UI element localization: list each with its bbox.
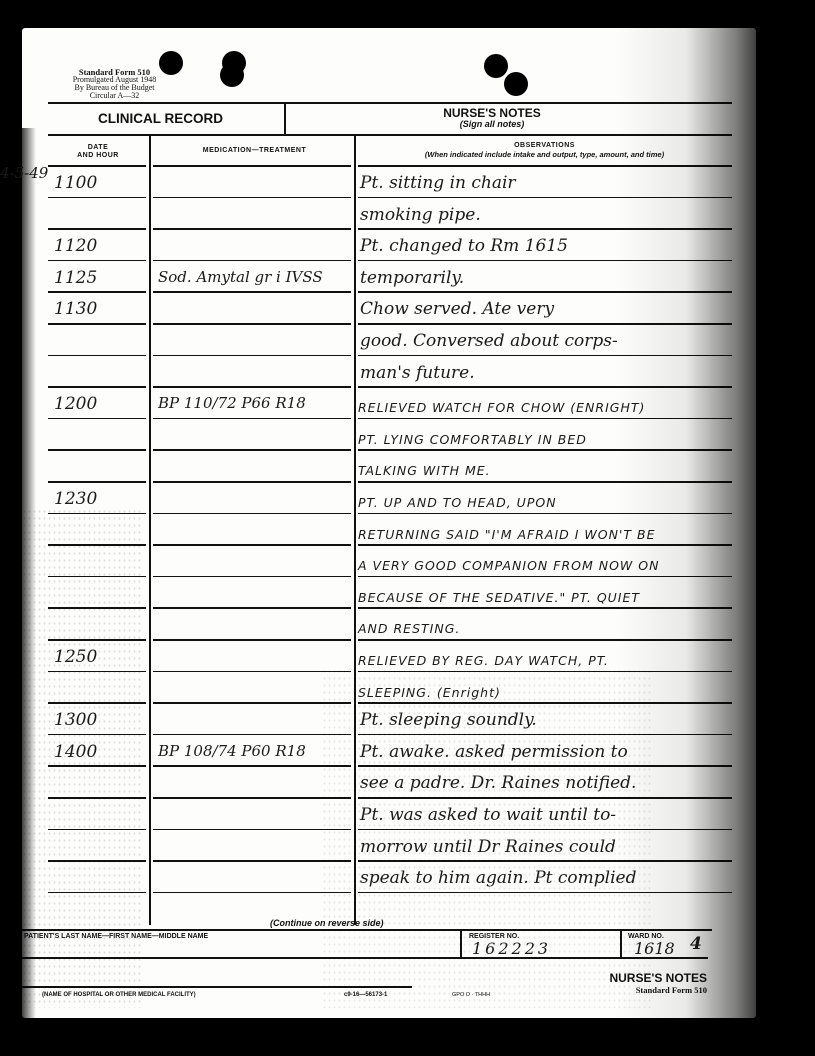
row-line — [358, 197, 732, 199]
nurses-notes-title: NURSE'S NOTES — [392, 106, 592, 120]
ward-extra-value: 4 — [690, 934, 702, 954]
entry-observation: PT. LYING COMFORTABLY IN BED — [358, 430, 587, 450]
divider — [620, 930, 622, 958]
row-line — [48, 323, 146, 325]
row-line — [358, 386, 732, 388]
row-line — [48, 671, 146, 673]
punch-hole — [484, 54, 508, 78]
row-line — [153, 765, 351, 767]
row-line — [48, 291, 146, 293]
entry-observation: RETURNING SAID "I'M AFRAID I WON'T BE — [358, 525, 656, 545]
row-line — [48, 355, 146, 357]
row-line — [153, 734, 351, 736]
entry-observation: RELIEVED WATCH FOR CHOW (ENRIGHT) — [358, 398, 645, 418]
entry-time: 1230 — [54, 489, 97, 509]
row-line — [153, 607, 351, 609]
entry-time: 1400 — [54, 742, 97, 762]
row-line — [48, 734, 146, 736]
clinical-record-page: Standard Form 510 Promulgated August 194… — [22, 28, 756, 1018]
column-header-date-line2: AND HOUR — [48, 152, 148, 160]
entry-observation: good. Conversed about corps- — [360, 331, 618, 351]
entry-observation: BECAUSE OF THE SEDATIVE." PT. QUIET — [358, 588, 640, 608]
row-line — [358, 797, 732, 799]
entry-time: 1200 — [54, 394, 97, 414]
row-line — [358, 260, 732, 262]
row-line — [153, 829, 351, 831]
row-line — [48, 418, 146, 420]
row-line — [358, 829, 732, 831]
divider — [22, 986, 412, 988]
column-divider — [354, 135, 356, 925]
entry-time: 1100 — [54, 173, 97, 193]
row-line — [358, 228, 732, 230]
row-line — [153, 860, 351, 862]
entry-observation: speak to him again. Pt complied — [360, 868, 636, 888]
row-line — [153, 797, 351, 799]
row-line — [153, 513, 351, 515]
divider — [22, 957, 708, 959]
entry-observation: smoking pipe. — [360, 205, 481, 225]
row-line — [153, 197, 351, 199]
row-line — [48, 260, 146, 262]
row-line — [153, 418, 351, 420]
entry-observation: TALKING WITH ME. — [358, 461, 491, 481]
entry-medication: BP 108/74 P60 R18 — [158, 741, 306, 761]
ward-number-value: 1618 — [634, 939, 675, 959]
row-line — [48, 228, 146, 230]
row-line — [48, 829, 146, 831]
entry-observation: Pt. changed to Rm 1615 — [360, 236, 568, 256]
entry-time: 1300 — [54, 710, 97, 730]
gpo-code: GPO O · THHH — [452, 992, 490, 998]
entry-observation: PT. UP AND TO HEAD, UPON — [358, 493, 557, 513]
column-header-observations: OBSERVATIONS — [357, 142, 732, 150]
row-line — [48, 165, 146, 167]
entry-time: 1130 — [54, 299, 97, 319]
row-line — [358, 734, 732, 736]
row-line — [153, 260, 351, 262]
row-line — [153, 671, 351, 673]
punch-hole — [504, 72, 528, 96]
entry-date: 4-5-49 — [0, 163, 48, 183]
entry-time: 1120 — [54, 236, 97, 256]
scan-edge-shadow — [616, 28, 815, 1018]
column-header-date: DATE AND HOUR — [48, 144, 148, 160]
row-line — [153, 386, 351, 388]
entry-observation: Chow served. Ate very — [360, 299, 554, 319]
row-line — [48, 481, 146, 483]
row-line — [358, 860, 732, 862]
footer-form-number: Standard Form 510 — [582, 985, 707, 995]
row-line — [48, 197, 146, 199]
row-line — [358, 291, 732, 293]
row-line — [48, 892, 146, 894]
sign-all-notes-subtitle: (Sign all notes) — [392, 119, 592, 129]
row-line — [48, 513, 146, 515]
divider — [460, 930, 462, 958]
column-divider — [149, 135, 151, 925]
row-line — [48, 797, 146, 799]
row-line — [358, 765, 732, 767]
entry-time: 1125 — [54, 268, 97, 288]
row-line — [358, 165, 732, 167]
row-line — [153, 323, 351, 325]
row-line — [153, 481, 351, 483]
print-code: c9-16—56173-1 — [344, 992, 387, 998]
row-line — [153, 291, 351, 293]
row-line — [153, 228, 351, 230]
divider — [284, 103, 286, 134]
row-line — [48, 449, 146, 451]
row-line — [153, 449, 351, 451]
row-line — [48, 639, 146, 641]
column-header-date-line1: DATE — [48, 144, 148, 152]
entry-observation: Pt. sitting in chair — [360, 173, 516, 193]
row-line — [48, 544, 146, 546]
form-circular: Circular A—32 — [52, 92, 177, 100]
row-line — [153, 355, 351, 357]
register-number-value: 162223 — [472, 939, 551, 959]
column-header-medication: MEDICATION—TREATMENT — [152, 147, 357, 155]
row-line — [153, 165, 351, 167]
row-line — [358, 892, 732, 894]
row-line — [153, 544, 351, 546]
entry-observation: RELIEVED BY REG. DAY WATCH, PT. — [358, 651, 609, 671]
entry-medication: BP 110/72 P66 R18 — [158, 393, 306, 413]
entry-observation: temporarily. — [360, 268, 464, 288]
entry-medication: Sod. Amytal gr i IVSS — [158, 267, 323, 287]
entry-observation: morrow until Dr Raines could — [360, 837, 616, 857]
continue-note: (Continue on reverse side) — [270, 918, 384, 928]
hospital-name-label: (NAME OF HOSPITAL OR OTHER MEDICAL FACIL… — [42, 992, 196, 998]
row-line — [48, 576, 146, 578]
divider — [48, 102, 732, 104]
entry-observation: Pt. was asked to wait until to- — [360, 805, 616, 825]
entry-observation: AND RESTING. — [358, 619, 460, 639]
row-line — [48, 702, 146, 704]
divider — [22, 929, 712, 931]
footer-nurses-notes-title: NURSE'S NOTES — [582, 971, 707, 985]
entry-observation: man's future. — [360, 363, 475, 383]
row-line — [153, 576, 351, 578]
patient-name-label: PATIENT'S LAST NAME—FIRST NAME—MIDDLE NA… — [24, 933, 208, 940]
form-identifier: Standard Form 510 Promulgated August 194… — [52, 68, 177, 100]
row-line — [358, 323, 732, 325]
row-line — [153, 892, 351, 894]
row-line — [48, 860, 146, 862]
column-header-observations-note: (When indicated include intake and outpu… — [357, 150, 732, 159]
row-line — [153, 702, 351, 704]
clinical-record-title: CLINICAL RECORD — [98, 111, 223, 126]
punch-hole — [220, 63, 244, 87]
row-line — [358, 355, 732, 357]
divider — [48, 134, 732, 136]
entry-observation: A VERY GOOD COMPANION FROM NOW ON — [358, 556, 659, 576]
row-line — [48, 386, 146, 388]
entry-observation: SLEEPING. (Enright) — [358, 683, 501, 703]
entry-observation: see a padre. Dr. Raines notified. — [360, 773, 636, 793]
entry-time: 1250 — [54, 647, 97, 667]
entry-observation: Pt. awake. asked permission to — [360, 742, 628, 762]
row-line — [48, 607, 146, 609]
row-line — [153, 639, 351, 641]
scan-edge-shadow — [22, 128, 36, 1018]
row-line — [48, 765, 146, 767]
entry-observation: Pt. sleeping soundly. — [360, 710, 537, 730]
